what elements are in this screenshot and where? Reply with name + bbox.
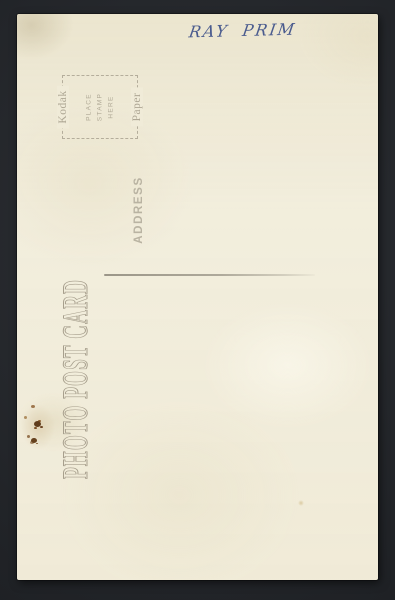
place-stamp-line-2: STAMP: [94, 93, 105, 121]
handwritten-name: RAY PRIM: [188, 20, 298, 42]
postcard-back: RAY PRIM Kodak Paper PLACE STAMP HERE AD…: [17, 14, 378, 580]
photo-mat-background: RAY PRIM Kodak Paper PLACE STAMP HERE AD…: [0, 0, 395, 600]
stain-spot: [34, 421, 41, 427]
place-stamp-here-text: PLACE STAMP HERE: [83, 93, 116, 121]
stamp-box-brand-paper: Paper: [131, 88, 143, 127]
stain-halo: [21, 404, 55, 450]
stain-spot: [298, 500, 304, 506]
photo-post-card-label: PHOTO POST CARD: [60, 279, 94, 479]
place-stamp-line-1: PLACE: [83, 93, 94, 121]
photo-post-card-outline-svg: PHOTO POST CARD: [60, 274, 94, 484]
stamp-box-brand-kodak: Kodak: [57, 85, 69, 128]
address-divider-line: [104, 274, 315, 276]
photo-post-card-text: PHOTO POST CARD: [60, 274, 94, 484]
stain-spot: [31, 405, 35, 408]
address-label: ADDRESS: [133, 176, 145, 243]
stain-spot: [24, 416, 27, 419]
stain-spot: [27, 435, 30, 438]
place-stamp-line-3: HERE: [106, 93, 117, 121]
stain-spot: [31, 438, 37, 443]
stamp-box: Kodak Paper PLACE STAMP HERE: [62, 75, 138, 139]
